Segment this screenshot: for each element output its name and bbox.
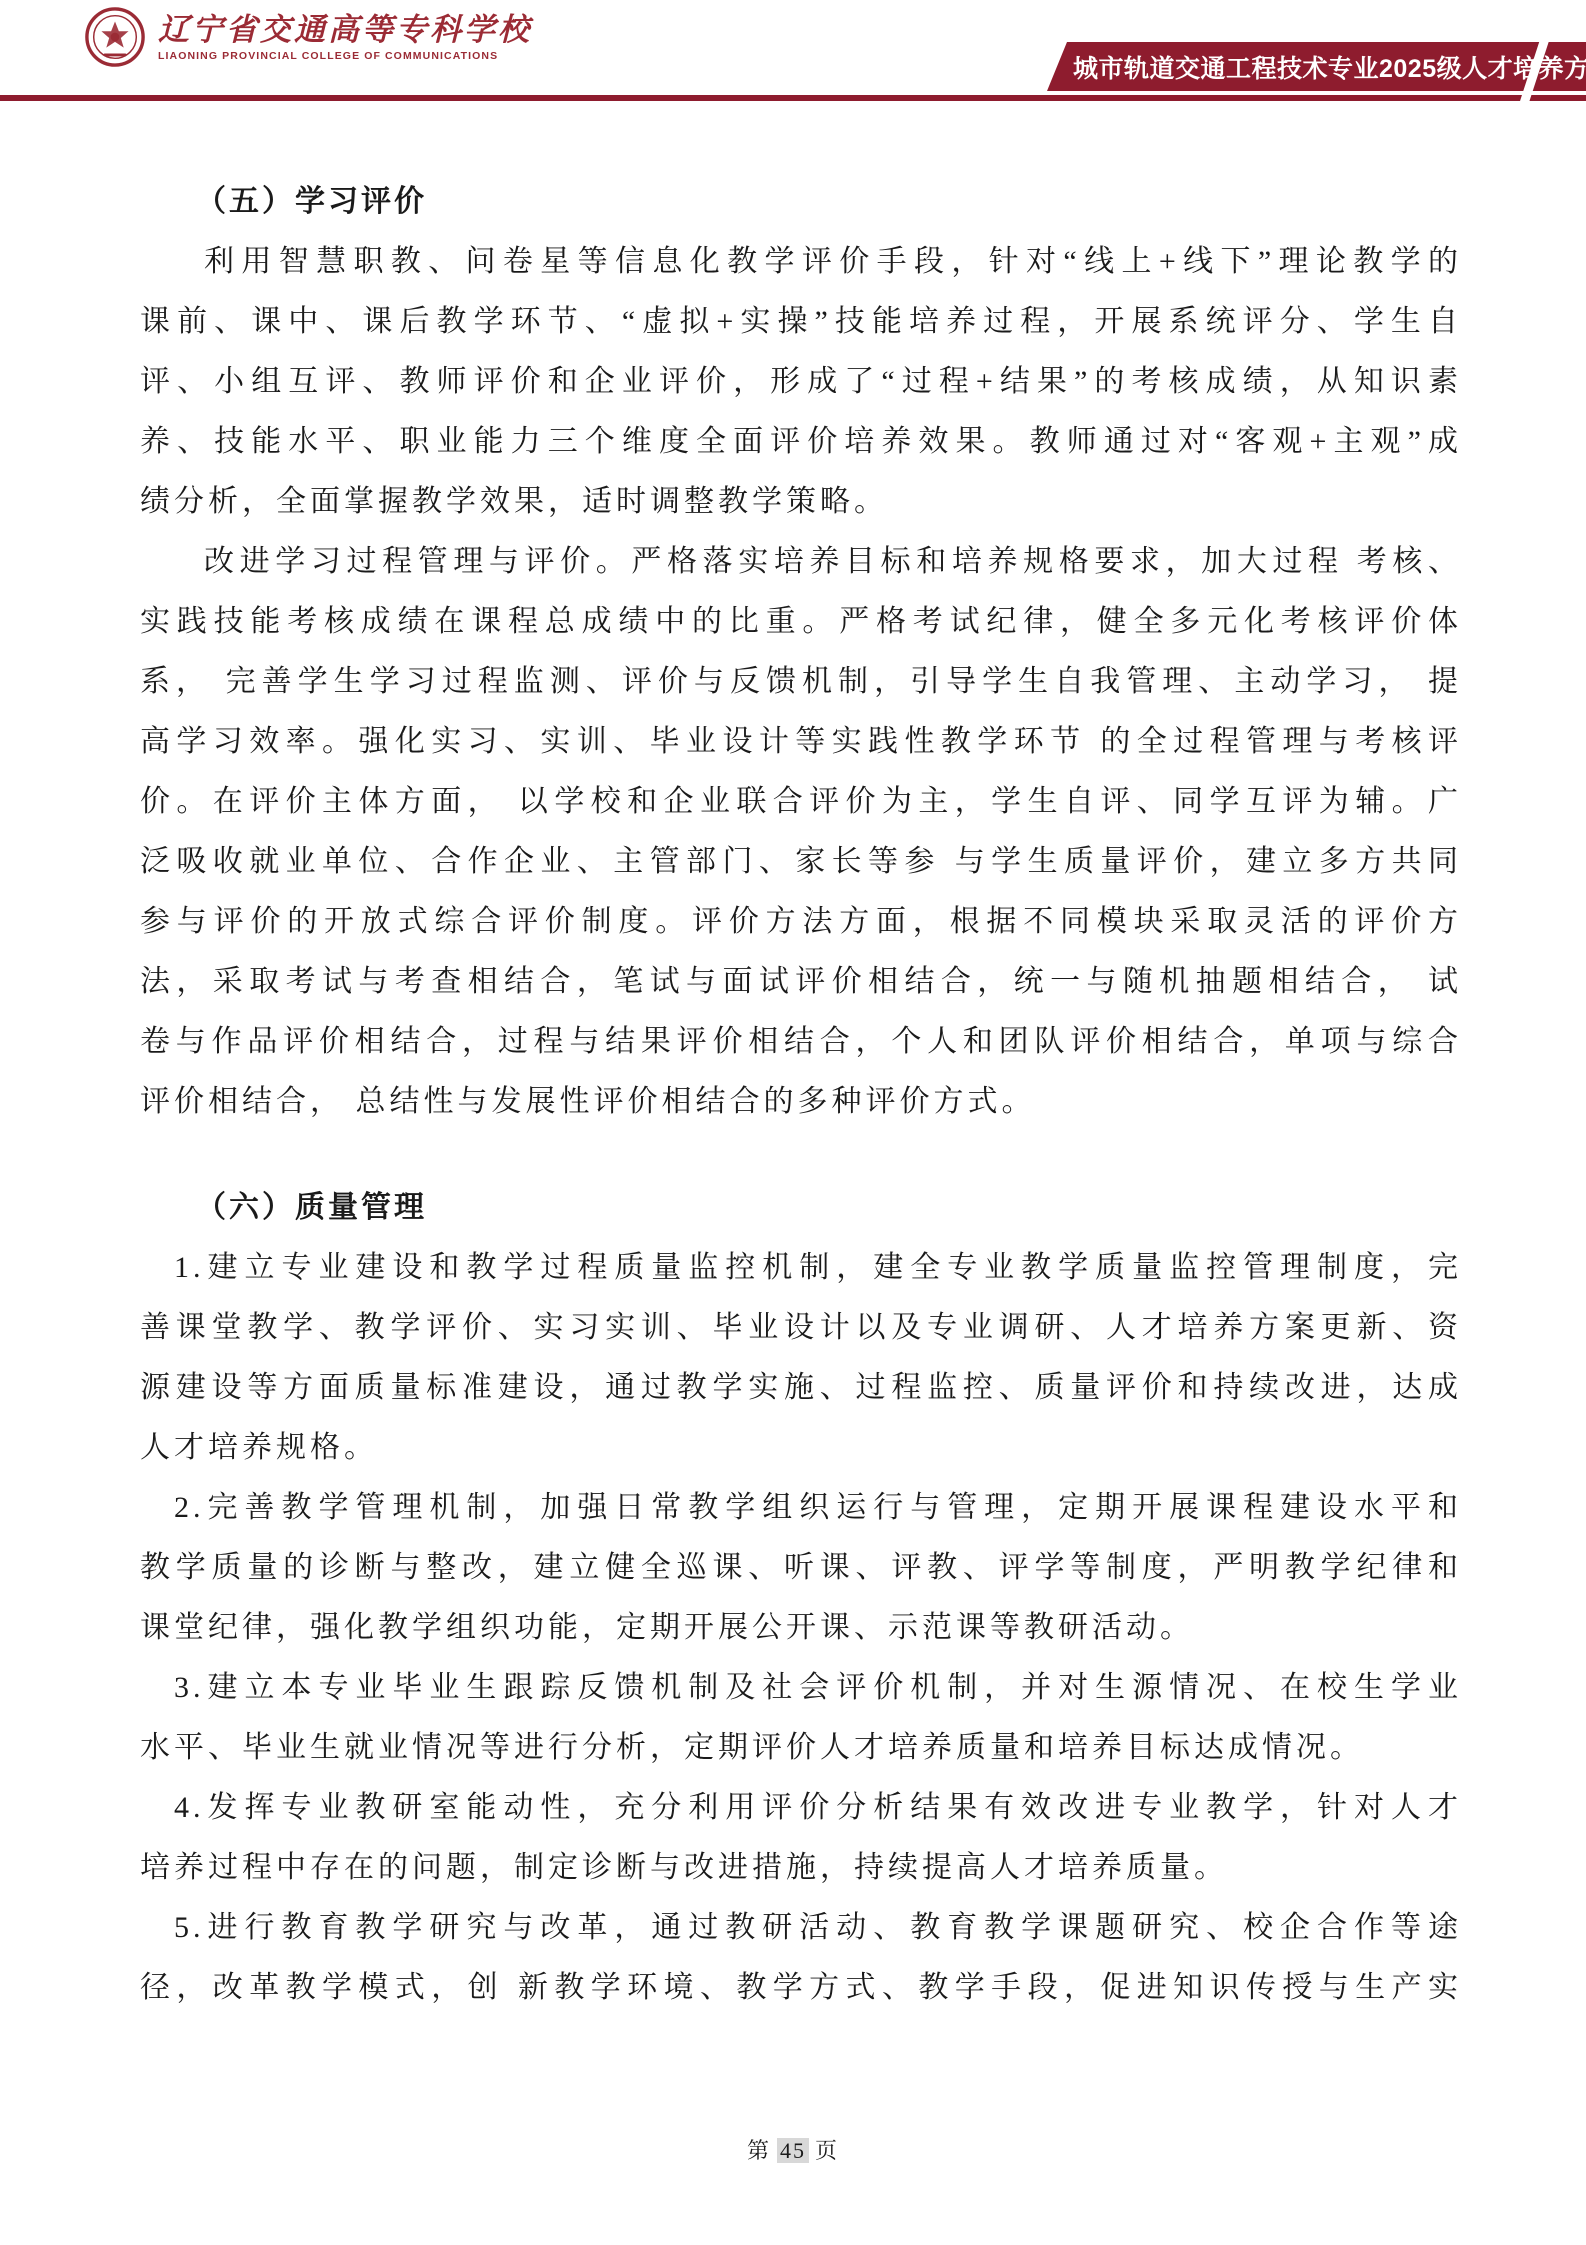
text-line: 参与评价的开放式综合评价制度。评价方法方面，根据不同模块采取灵活的评价方 (140, 892, 1462, 952)
paragraph: 2.完善教学管理机制，加强日常教学组织运行与管理，定期开展课程建设水平和教学质量… (140, 1478, 1462, 1658)
text-line: 4.发挥专业教研室能动性，充分利用评价分析结果有效改进专业教学，针对人才 (140, 1778, 1462, 1838)
school-emblem-icon (84, 6, 146, 68)
paragraph: 5.进行教育教学研究与改革，通过教研活动、教育教学课题研究、校企合作等途径，改革… (140, 1898, 1462, 2018)
paragraph: 1.建立专业建设和教学过程质量监控机制，建全专业教学质量监控管理制度，完善课堂教… (140, 1238, 1462, 1478)
text-line: 5.进行教育教学研究与改革，通过教研活动、教育教学课题研究、校企合作等途 (140, 1898, 1462, 1958)
text-line: 法，采取考试与考查相结合，笔试与面试评价相结合，统一与随机抽题相结合， 试 (140, 952, 1462, 1012)
text-line: 价。在评价主体方面， 以学校和企业联合评价为主，学生自评、同学互评为辅。广 (140, 772, 1462, 832)
paragraph: 改进学习过程管理与评价。严格落实培养目标和培养规格要求，加大过程 考核、实践技能… (140, 532, 1462, 1132)
text-line: 绩分析，全面掌握教学效果，适时调整教学策略。 (140, 472, 1462, 532)
document-body: （五）学习评价 利用智慧职教、问卷星等信息化教学评价手段，针对“线上+线下”理论… (140, 172, 1462, 2018)
document-page: 辽宁省交通高等专科学校 LIAONING PROVINCIAL COLLEGE … (0, 0, 1586, 2245)
text-line: 水平、毕业生就业情况等进行分析，定期评价人才培养质量和培养目标达成情况。 (140, 1718, 1462, 1778)
page-number-prefix: 第 (747, 2138, 771, 2163)
text-line: 人才培养规格。 (140, 1418, 1462, 1478)
section-text: 1.建立专业建设和教学过程质量监控机制，建全专业教学质量监控管理制度，完善课堂教… (140, 1238, 1462, 2018)
text-line: 实践技能考核成绩在课程总成绩中的比重。严格考试纪律，健全多元化考核评价体 (140, 592, 1462, 652)
text-line: 1.建立专业建设和教学过程质量监控机制，建全专业教学质量监控管理制度，完 (140, 1238, 1462, 1298)
paragraph: 利用智慧职教、问卷星等信息化教学评价手段，针对“线上+线下”理论教学的课前、课中… (140, 232, 1462, 532)
text-line: 培养过程中存在的问题，制定诊断与改进措施，持续提高人才培养质量。 (140, 1838, 1462, 1898)
header-banner: 城市轨道交通工程技术专业2025级人才培养方案 (1047, 42, 1586, 91)
text-line: 卷与作品评价相结合，过程与结果评价相结合，个人和团队评价相结合，单项与综合 (140, 1012, 1462, 1072)
section-heading: （六）质量管理 (140, 1178, 1462, 1238)
section-learning-evaluation: （五）学习评价 利用智慧职教、问卷星等信息化教学评价手段，针对“线上+线下”理论… (140, 172, 1462, 1132)
section-text: 利用智慧职教、问卷星等信息化教学评价手段，针对“线上+线下”理论教学的课前、课中… (140, 232, 1462, 1132)
school-logo: 辽宁省交通高等专科学校 LIAONING PROVINCIAL COLLEGE … (84, 6, 532, 68)
paragraph: 4.发挥专业教研室能动性，充分利用评价分析结果有效改进专业教学，针对人才培养过程… (140, 1778, 1462, 1898)
section-heading: （五）学习评价 (140, 172, 1462, 232)
text-line: 善课堂教学、教学评价、实习实训、毕业设计以及专业调研、人才培养方案更新、资 (140, 1298, 1462, 1358)
text-line: 泛吸收就业单位、合作企业、主管部门、家长等参 与学生质量评价，建立多方共同 (140, 832, 1462, 892)
text-line: 养、技能水平、职业能力三个维度全面评价培养效果。教师通过对“客观+主观”成 (140, 412, 1462, 472)
text-line: 2.完善教学管理机制，加强日常教学组织运行与管理，定期开展课程建设水平和 (140, 1478, 1462, 1538)
text-line: 评、小组互评、教师评价和企业评价，形成了“过程+结果”的考核成绩，从知识素 (140, 352, 1462, 412)
school-name-en: LIAONING PROVINCIAL COLLEGE OF COMMUNICA… (158, 49, 532, 63)
text-line: 课堂纪律，强化教学组织功能，定期开展公开课、示范课等教研活动。 (140, 1598, 1462, 1658)
header-rule (0, 95, 1586, 101)
page-number: 45 (777, 2138, 809, 2163)
text-line: 改进学习过程管理与评价。严格落实培养目标和培养规格要求，加大过程 考核、 (140, 532, 1462, 592)
school-name-cn: 辽宁省交通高等专科学校 (158, 11, 532, 49)
text-line: 利用智慧职教、问卷星等信息化教学评价手段，针对“线上+线下”理论教学的 (140, 232, 1462, 292)
school-name-block: 辽宁省交通高等专科学校 LIAONING PROVINCIAL COLLEGE … (158, 11, 532, 63)
text-line: 教学质量的诊断与整改，建立健全巡课、听课、评教、评学等制度，严明教学纪律和 (140, 1538, 1462, 1598)
text-line: 高学习效率。强化实习、实训、毕业设计等实践性教学环节 的全过程管理与考核评 (140, 712, 1462, 772)
page-footer: 第45页 (0, 2134, 1586, 2165)
banner-title: 城市轨道交通工程技术专业2025级人才培养方案 (1073, 49, 1586, 85)
text-line: 径，改革教学模式，创 新教学环境、教学方式、教学手段，促进知识传授与生产实 (140, 1958, 1462, 2018)
page-number-suffix: 页 (815, 2138, 839, 2163)
paragraph: 3.建立本专业毕业生跟踪反馈机制及社会评价机制，并对生源情况、在校生学业水平、毕… (140, 1658, 1462, 1778)
text-line: 评价相结合， 总结性与发展性评价相结合的多种评价方式。 (140, 1072, 1462, 1132)
text-line: 课前、课中、课后教学环节、“虚拟+实操”技能培养过程，开展系统评分、学生自 (140, 292, 1462, 352)
section-quality-management: （六）质量管理 1.建立专业建设和教学过程质量监控机制，建全专业教学质量监控管理… (140, 1178, 1462, 2018)
page-header: 辽宁省交通高等专科学校 LIAONING PROVINCIAL COLLEGE … (0, 0, 1586, 101)
text-line: 源建设等方面质量标准建设，通过教学实施、过程监控、质量评价和持续改进，达成 (140, 1358, 1462, 1418)
text-line: 3.建立本专业毕业生跟踪反馈机制及社会评价机制，并对生源情况、在校生学业 (140, 1658, 1462, 1718)
text-line: 系， 完善学生学习过程监测、评价与反馈机制，引导学生自我管理、主动学习， 提 (140, 652, 1462, 712)
